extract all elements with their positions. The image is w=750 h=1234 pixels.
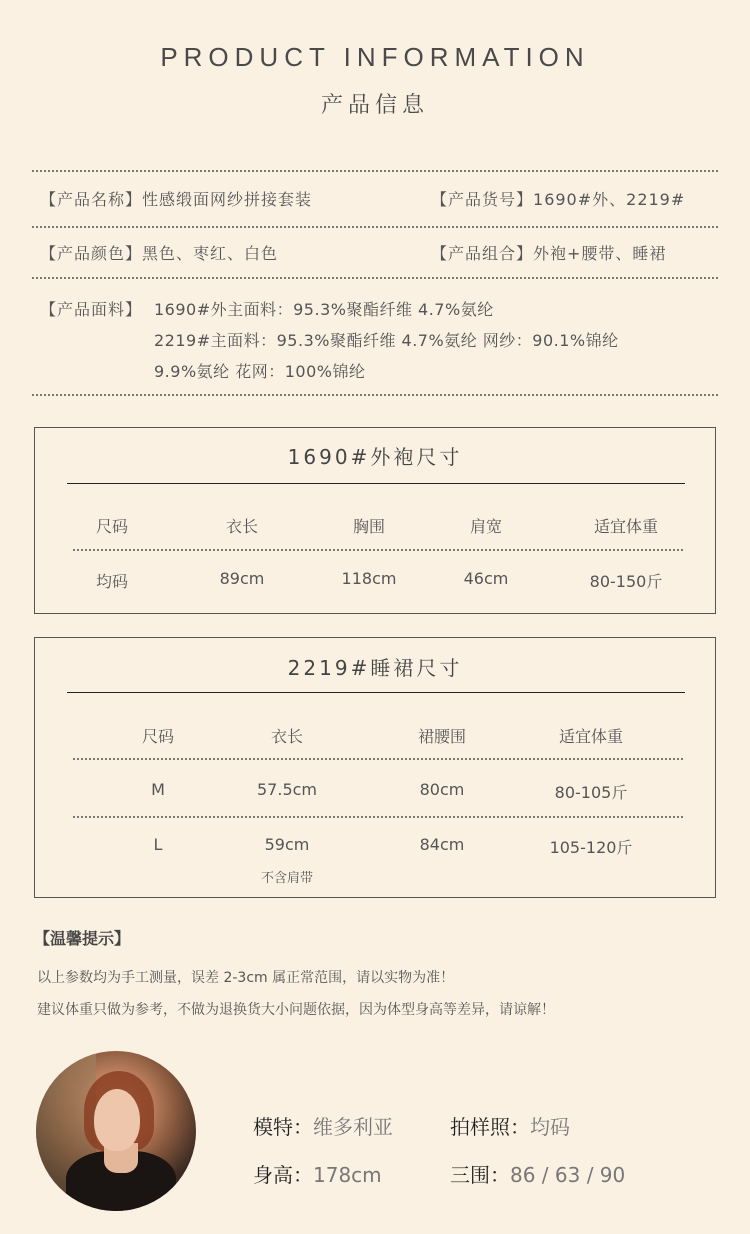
table-cell: 80-150斤 [590,569,663,592]
divider [32,277,718,279]
table-cell: L [154,835,163,854]
table-header: 尺码 [96,514,128,537]
table-header: 胸围 [353,514,385,537]
model-name: 模特：维多利亚 [253,1111,393,1140]
table-title: 2219#睡裙尺寸 [35,652,715,681]
product-sku: 【产品货号】1690#外、2219# [431,187,685,210]
divider [32,170,718,172]
table-header: 适宜体重 [559,724,623,747]
table-cell: 46cm [464,569,509,588]
model-avatar [36,1051,196,1211]
model-height-label: 身高： [253,1163,313,1187]
product-name: 【产品名称】性感缎面网纱拼接套装 [40,187,312,210]
table-cell: 59cm [265,835,310,854]
model-height-value: 178cm [313,1163,382,1187]
product-sku-label: 【产品货号】 [431,190,533,209]
product-sku-value: 1690#外、2219# [533,190,685,209]
row-divider [73,549,683,551]
tips-line: 以上参数均为手工测量，误差 2-3cm 属正常范围，请以实物为准！ [37,967,454,987]
table-cell: M [151,780,165,799]
product-name-label: 【产品名称】 [40,190,142,209]
table-header: 衣长 [226,514,258,537]
divider [32,394,718,396]
divider [32,226,718,228]
table-cell: 89cm [220,569,265,588]
product-combo-value: 外袍+腰带、睡裙 [533,244,666,263]
product-combo: 【产品组合】外袍+腰带、睡裙 [431,241,666,264]
product-color: 【产品颜色】黑色、枣红、白色 [40,241,278,264]
model-measurements-value: 86 / 63 / 90 [510,1163,625,1187]
title-en: PRODUCT INFORMATION [0,42,750,73]
model-size: 拍样照：均码 [450,1111,570,1140]
product-name-value: 性感缎面网纱拼接套装 [142,190,312,209]
table-cell: 84cm [420,835,465,854]
table-cell: 105-120斤 [550,835,633,858]
title-cn: 产品信息 [0,88,750,119]
table-header: 尺码 [142,724,174,747]
table-header: 衣长 [271,724,303,747]
table-cell: 80cm [420,780,465,799]
model-name-label: 模特： [253,1115,313,1139]
row-divider [73,758,683,760]
product-color-label: 【产品颜色】 [40,244,142,263]
row-divider [73,816,683,818]
product-color-value: 黑色、枣红、白色 [142,244,278,263]
size-table-1690: 1690#外袍尺寸 尺码 衣长 胸围 肩宽 适宜体重 均码 89cm 118cm… [34,427,716,614]
table-title-underline [67,483,685,484]
table-title: 1690#外袍尺寸 [35,441,715,470]
table-cell: 57.5cm [257,780,317,799]
table-title-underline [67,692,685,693]
table-note: 不含肩带 [261,867,313,886]
table-header: 裙腰围 [418,724,466,747]
fabric-line: 1690#外主面料：95.3%聚酯纤维 4.7%氨纶 [154,294,619,325]
table-cell: 80-105斤 [555,780,628,803]
model-size-value: 均码 [530,1115,570,1139]
table-header: 肩宽 [470,514,502,537]
size-table-2219: 2219#睡裙尺寸 尺码 衣长 裙腰围 适宜体重 M 57.5cm 80cm 8… [34,637,716,898]
tips-line: 建议体重只做为参考，不做为退换货大小问题依据，因为体型身高等差异，请谅解！ [37,999,555,1019]
model-measurements: 三围：86 / 63 / 90 [450,1159,625,1188]
model-name-value: 维多利亚 [313,1115,393,1139]
product-combo-label: 【产品组合】 [431,244,533,263]
fabric-line: 2219#主面料：95.3%聚酯纤维 4.7%氨纶 网纱：90.1%锦纶 [154,325,619,356]
model-height: 身高：178cm [253,1159,382,1188]
tips-title: 【温馨提示】 [34,926,130,949]
fabric-line: 9.9%氨纶 花网：100%锦纶 [154,356,619,387]
table-header: 适宜体重 [594,514,658,537]
table-cell: 118cm [342,569,397,588]
table-cell: 均码 [96,569,128,592]
model-size-label: 拍样照： [450,1115,530,1139]
product-fabric-label: 【产品面料】 [40,294,142,325]
model-measurements-label: 三围： [450,1163,510,1187]
